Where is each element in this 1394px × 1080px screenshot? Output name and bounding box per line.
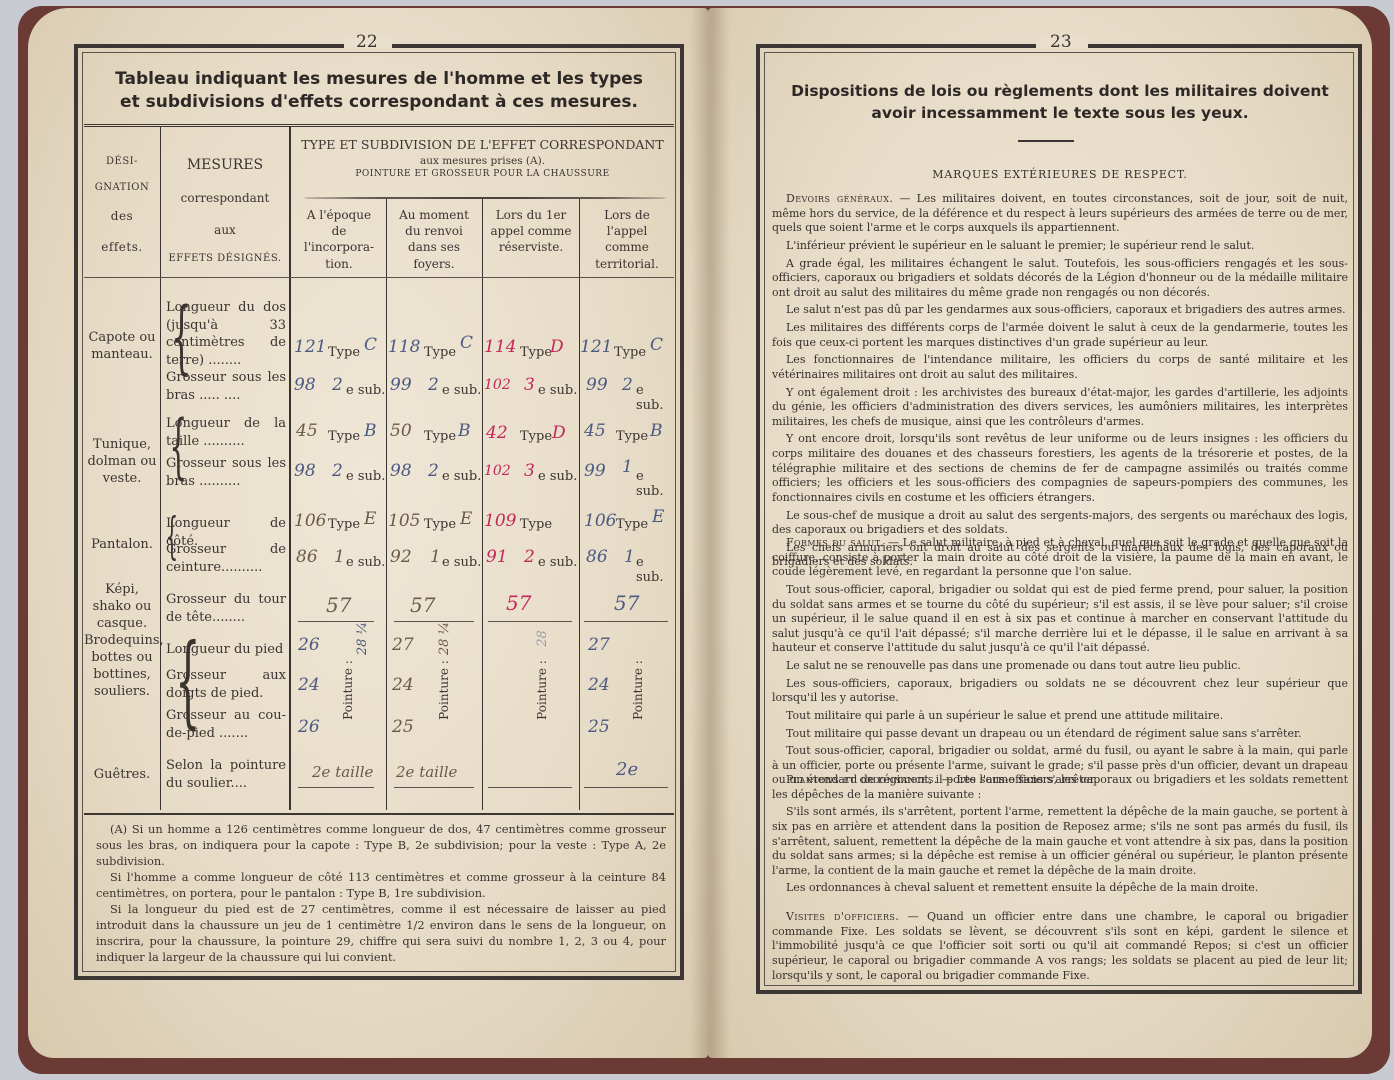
footnote: (A) Si un homme a 126 centimètres comme … (96, 822, 666, 966)
col-group-header: TYPE ET SUBDIVISION DE L'EFFET CORRESPON… (291, 137, 674, 180)
measure-grosseur-ceinture: Grosseur de ceinture.......... (166, 541, 286, 576)
col-header-designation: DÉSI- GNATION des effets. (84, 149, 160, 263)
heading-formes-du-salut: Formes du salut. (786, 536, 884, 549)
row-guetres: Guêtres. (84, 767, 160, 784)
section-title: MARQUES EXTÉRIEURES DE RESPECT. (772, 168, 1348, 183)
col-header-territorial: Lors de l'appel comme territorial. (584, 207, 670, 272)
footnote-paragraph-1: (A) Si un homme a 126 centimètres comme … (96, 822, 666, 870)
right-title-line-2: avoir incessamment le texte sous les yeu… (766, 102, 1354, 124)
col-header-incorporation: A l'époque de l'incorpora-tion. (298, 207, 380, 272)
col-header-reserviste: Lors du 1er appel comme réserviste. (486, 207, 576, 256)
col-header-renvoi: Au moment du renvoi dans ses foyers. (390, 207, 478, 272)
section-plantons: Plantons et ordonnances. — Les sous-offi… (772, 773, 1348, 899)
measurements-table: DÉSI- GNATION des effets. MESURES corres… (84, 124, 674, 810)
footnote-paragraph-2: Si l'homme a comme longueur de côté 113 … (96, 870, 666, 902)
title-divider (1018, 140, 1074, 142)
measure-pointure-soulier: Selon la pointure du soulier.... (166, 757, 286, 792)
section-devoirs-generaux: Devoirs généraux. — Les militaires doive… (772, 192, 1348, 573)
row-tunique: Tunique, dolman ou veste. (84, 437, 160, 488)
right-title-line-1: Dispositions de lois ou règlements dont … (766, 80, 1354, 102)
section-visites: Visites d'officiers. — Quand un officier… (772, 910, 1348, 986)
col-header-measures: MESURES correspondant aux EFFETS DÉSIGNÉ… (162, 147, 288, 272)
right-page-title: Dispositions de lois ou règlements dont … (766, 80, 1354, 125)
heading-visites: Visites d'officiers. (786, 910, 899, 923)
row-kepi: Képi, shako ou casque. (84, 582, 160, 633)
section-formes-du-salut: Formes du salut. — Le salut militaire, à… (772, 536, 1348, 791)
footnote-paragraph-3: Si la longueur du pied est de 27 centimè… (96, 902, 666, 966)
row-capote: Capote ou manteau. (84, 330, 160, 364)
row-pantalon: Pantalon. (84, 537, 160, 554)
heading-devoirs-generaux: Devoirs généraux. (786, 192, 893, 205)
row-brodequins: Brodequins, bottes ou bottines, souliers… (84, 633, 160, 701)
left-title-line-1: Tableau indiquant les mesures de l'homme… (84, 68, 674, 91)
left-page-title: Tableau indiquant les mesures de l'homme… (84, 68, 674, 114)
heading-plantons: Plantons et ordonnances. (786, 773, 938, 786)
value-capote-dos-col1: 121 (294, 337, 326, 357)
measure-tour-tete: Grosseur du tour de tête........ (166, 591, 286, 626)
right-page-number: 23 (1050, 32, 1072, 52)
left-title-line-2: et subdivisions d'effets correspondant à… (84, 91, 674, 114)
left-page-number: 22 (356, 32, 378, 52)
